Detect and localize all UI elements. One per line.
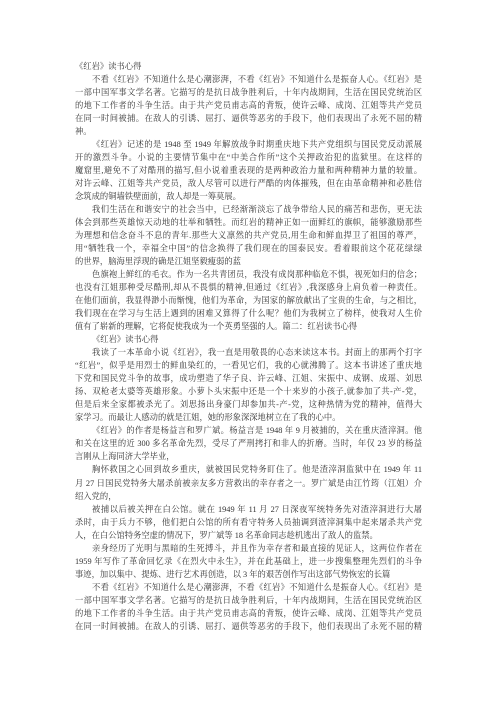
text-line: 我们现在在学习与生活上遇到的困难又算得了什么呢？他们为我树立了榜样，使我对人生价: [75, 307, 422, 320]
text-line: 用“牺牲我一个，幸福全中国”的信念换得了我们现在的国泰民安。看着眼前这个花花绿绿: [75, 242, 422, 255]
text-line: 1959 年写作了革命回忆录《在烈火中永生》，并在此基础上，进一步搜集整理先烈们…: [75, 555, 422, 568]
text-line: 亲身经历了光明与黑暗的生死搏斗，并且作为幸存者和最直接的见证人，这两位作者在: [75, 542, 422, 555]
text-line: 和关在这里的近 300 多名革命先烈，受尽了严刑拷打和非人的折磨。当时，年仅 2…: [75, 437, 422, 450]
text-line: 念筑成的铜墙铁壁面前，敌人却是一筹莫展。: [75, 190, 422, 203]
section-title: 《红岩》读书心得: [75, 333, 422, 346]
text-line: 开的激烈斗争。小说的主要情节集中在“中美合作所”这个关押政治犯的监狱里。在这样的: [75, 151, 422, 164]
text-line: 的地下工作者的斗争生活。由于共产党员甫志高的背叛，使许云峰、成岗、江姐等共产党员: [75, 99, 422, 112]
text-line: 人，在白公馆特务空虚的情况下，罗广斌等 18 名革命同志趁机逃出了敌人的监禁。: [75, 529, 422, 542]
text-line: 我们生活在和谐安宁的社会当中，已经渐渐淡忘了战争带给人民的痛苦和悲伤，更无法: [75, 203, 422, 216]
text-line: 在他们面前，我显得渺小而惭愧，他们为革命，为国家的解放献出了宝贵的生命，与之相比…: [75, 294, 422, 307]
text-line: 下党和国民党斗争的故事，成功塑造了华子良、许云峰、江姐、宋振中、成钢、成瑶、刘思: [75, 372, 422, 385]
text-line: 胸怀救国之心回到故乡重庆，就被国民党特务盯住了。他是渣滓洞监狱中在 1949 年…: [75, 463, 422, 476]
text-line: 《红岩》记述的是 1948 至 1949 年解放战争时期重庆地下共产党组织与国民…: [75, 138, 422, 151]
text-line: 被捕以后被关押在白公馆。就在 1949 年 11 月 27 日深夜军统特务先对渣…: [75, 503, 422, 516]
text-line: 在同一时间被捕。在敌人的引诱、屈打、逼供等恶劣的手段下，他们表现出了永死不屈的精: [75, 620, 422, 633]
document-title: 《红岩》读书心得: [75, 60, 422, 73]
text-line: 不看《红岩》不知道什么是心潮澎湃，不看《红岩》不知道什么是振奋人心。《红岩》是: [75, 73, 422, 86]
text-line: 的地下工作者的斗争生活。由于共产党员甫志高的背叛，使许云峰、成岗、江姐等共产党员: [75, 607, 422, 620]
text-line: 值有了崭新的理解，它将促使我成为一个英勇坚强的人。篇二：红岩读书心得: [75, 320, 422, 333]
document-page: 《红岩》读书心得 不看《红岩》不知道什么是心潮澎湃，不看《红岩》不知道什么是振奋…: [75, 60, 422, 633]
text-line: 色旗袍上鲜红的毛衣。作为一名共青团员，我没有成岗那种临危不惧，视死如归的信念；: [75, 268, 422, 281]
text-line: 月 27 日国民党特务大屠杀前被亲友多方营救出的幸存者之一。罗广斌是由江竹筠（江…: [75, 477, 422, 490]
text-line: 但是后来全家都被杀光了。刘思扬出身豪门却参加共-产-党，这种热情为党的精神，值得…: [75, 398, 422, 411]
text-line: 为理想和信念奋斗不息的青年.那些大义凛然的共产党员,用生命和鲜血捍卫了祖国的尊严…: [75, 229, 422, 242]
text-line: 言刚从上海同济大学毕业，: [75, 450, 422, 463]
text-line: 神。: [75, 125, 422, 138]
text-line: 家学习。而最让人感动的就是江姐，她的形象深深地树立在了我的心中。: [75, 411, 422, 424]
text-line: 不看《红岩》不知道什么是心潮澎湃，不看《红岩》不知道什么是振奋人心。《红岩》是: [75, 581, 422, 594]
text-line: 《红岩》的作者是杨益言和罗广斌。杨益言是 1948 年 9 月被捕的，关在重庆渣…: [75, 424, 422, 437]
text-line: 体会到那些英雄惊天动地的壮举和牺牲。而红岩的精神正如一面鲜红的旗帜，能够激励那些: [75, 216, 422, 229]
text-line: 魔窟里,避免不了对酷刑的描写,但小说着重表现的是两种政治力量和两种精神力量的较量…: [75, 164, 422, 177]
text-line: 也没有江姐那种受尽酷刑,却从不畏惧的精神,但通过《红岩》,我深感身上肩负着一种责…: [75, 281, 422, 294]
text-line: 的世界，脑海里浮现的确是江姐坚毅瘦弱的蓝: [75, 255, 422, 268]
text-line: 一部中国军事文学名著。它描写的是抗日战争胜利后，十年内战期间，生活在国民党统治区: [75, 86, 422, 99]
text-line: 绍入党的，: [75, 490, 422, 503]
text-line: 扬、双枪老太婆等英雄形象。小萝卜头宋振中还是一个十来岁的小孩子,就参加了共-产-…: [75, 385, 422, 398]
text-line: 杀时，由于兵力不够，他们把白公馆的所有看守特务人员抽调到渣滓洞集中起来屠杀共产党: [75, 516, 422, 529]
text-line: 在同一时间被捕。在敌人的引诱、屈打、逼供等恶劣的手段下，他们表现出了永死不屈的精: [75, 112, 422, 125]
text-line: “红岩”，似乎是用烈士的鲜血染红的，一看见它们，我的心就沸腾了。这本书讲述了重庆…: [75, 359, 422, 372]
text-line: 事迹，加以集中、提炼、进行艺术再创造，以 3 年的艰苦创作写出这部气势恢宏的长篇: [75, 568, 422, 581]
text-line: 对许云峰、江姐等共产党员，敌人尽管可以进行严酷的肉体摧残，但在由革命精神和必胜信: [75, 177, 422, 190]
text-line: 我读了一本革命小说《红岩》，我一直是用敬畏的心态来读这本书。封面上的那两个打字: [75, 346, 422, 359]
text-line: 一部中国军事文学名著。它描写的是抗日战争胜利后，十年内战期间，生活在国民党统治区: [75, 594, 422, 607]
